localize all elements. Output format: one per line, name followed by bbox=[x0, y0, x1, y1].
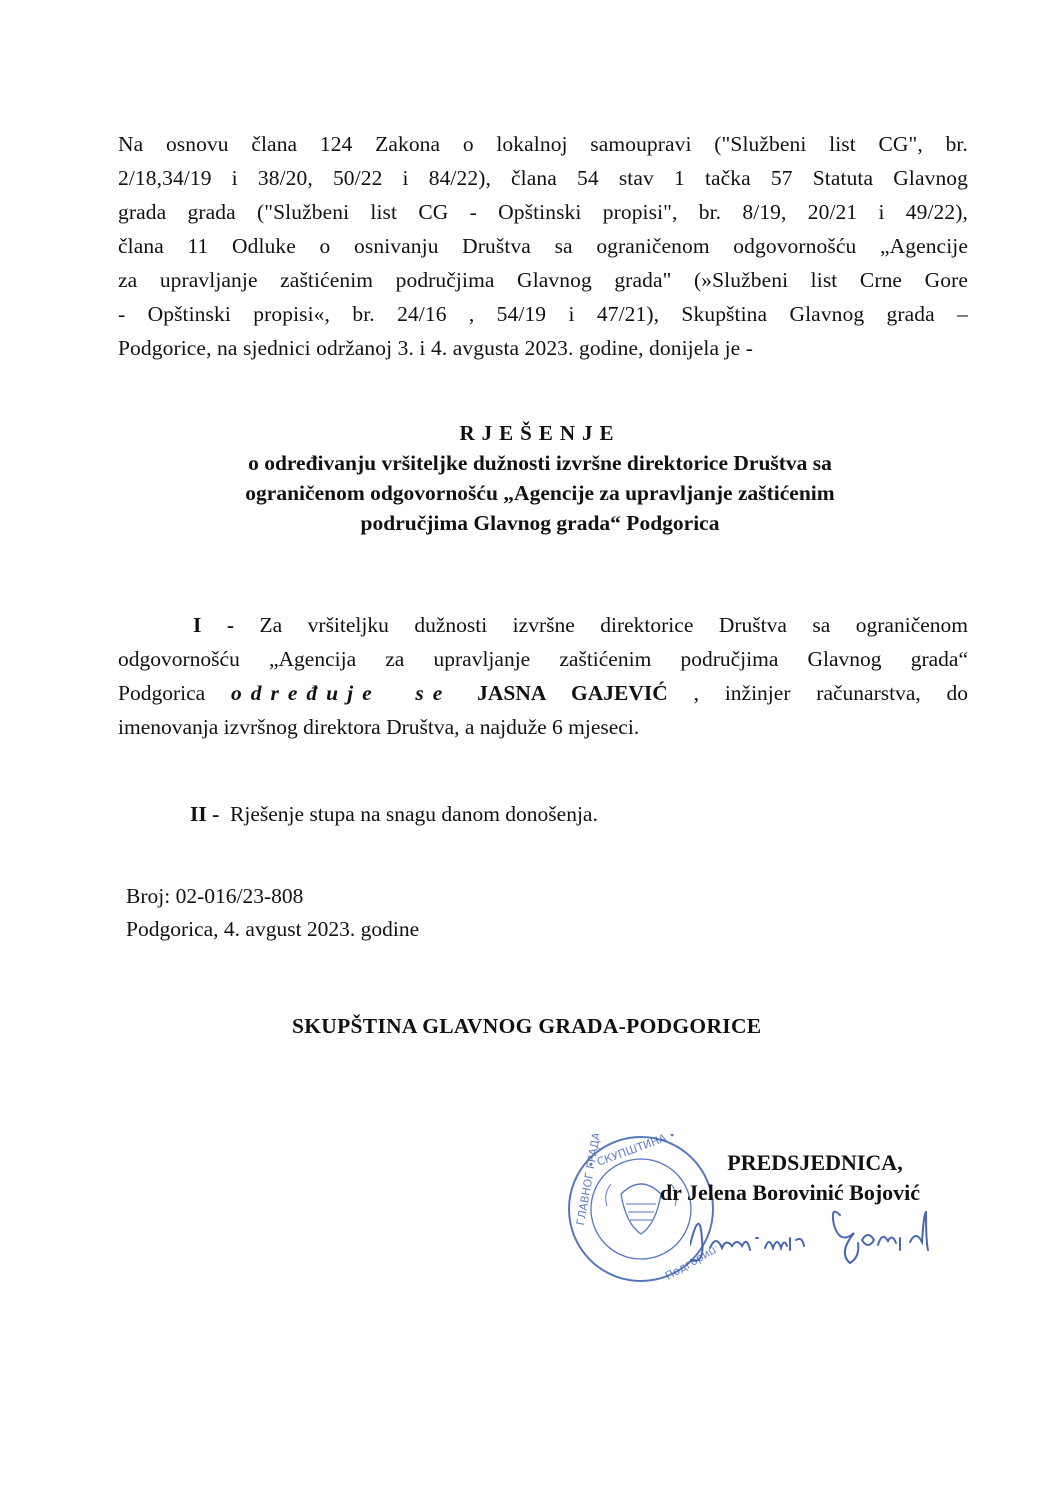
document-page: Na osnovu člana 124 Zakona o lokalnoj sa… bbox=[0, 0, 1058, 1497]
decision-item-1: I - Za vršiteljku dužnosti izvršne direk… bbox=[118, 608, 968, 744]
reference-block: Broj: 02-016/23-808 Podgorica, 4. avgust… bbox=[126, 880, 419, 946]
signatory-block: PREDSJEDNICA, dr Jelena Borovinić Bojovi… bbox=[640, 1148, 940, 1208]
place-date: Podgorica, 4. avgust 2023. godine bbox=[126, 913, 419, 946]
item-1-line: imenovanja izvršnog direktora Društva, a… bbox=[118, 710, 968, 744]
item-1-emphasis: određuje se bbox=[231, 681, 451, 705]
decision-item-2: II - Rješenje stupa na snagu danom donoš… bbox=[190, 797, 598, 831]
item-1-line: Podgorica određuje se JASNA GAJEVIĆ , in… bbox=[118, 676, 968, 710]
preamble-line: za upravljanje zaštićenim područjima Gla… bbox=[118, 263, 968, 297]
svg-text:ГЛАВНОГ ГРАДА: ГЛАВНОГ ГРАДА bbox=[574, 1134, 603, 1226]
appointee-name: JASNA GAJEVIĆ bbox=[477, 681, 668, 705]
preamble-line: 2/18,34/19 i 38/20, 50/22 i 84/22), član… bbox=[118, 161, 968, 195]
item-2-numeral: II - bbox=[190, 802, 219, 826]
preamble-paragraph: Na osnovu člana 124 Zakona o lokalnoj sa… bbox=[118, 127, 968, 365]
item-1-line: I - Za vršiteljku dužnosti izvršne direk… bbox=[118, 608, 968, 642]
preamble-line: Podgorice, na sjednici održanoj 3. i 4. … bbox=[118, 331, 968, 365]
preamble-line: - Opštinski propisi«, br. 24/16 , 54/19 … bbox=[118, 297, 968, 331]
decision-title: RJEŠENJE bbox=[150, 418, 930, 448]
issuer-name: SKUPŠTINA GLAVNOG GRADA-PODGORICE bbox=[292, 1014, 761, 1039]
preamble-line: člana 11 Odluke o osnivanju Društva sa o… bbox=[118, 229, 968, 263]
preamble-line: Na osnovu člana 124 Zakona o lokalnoj sa… bbox=[118, 127, 968, 161]
decision-title-block: RJEŠENJE o određivanju vršiteljke dužnos… bbox=[150, 418, 930, 538]
item-1-text: Za vršiteljku dužnosti izvršne direktori… bbox=[260, 613, 969, 637]
signatory-role: PREDSJEDNICA, bbox=[690, 1148, 940, 1178]
reference-number: Broj: 02-016/23-808 bbox=[126, 880, 419, 913]
item-2-text: Rješenje stupa na snagu danom donošenja. bbox=[230, 802, 598, 826]
item-1-numeral: I - bbox=[193, 613, 234, 637]
decision-subtitle-line: ograničenom odgovornošću „Agencije za up… bbox=[150, 478, 930, 508]
decision-subtitle-line: o određivanju vršiteljke dužnosti izvršn… bbox=[150, 448, 930, 478]
item-1-suffix: , inžinjer računarstva, do bbox=[694, 681, 968, 705]
item-1-line: odgovornošću „Agencija za upravljanje za… bbox=[118, 642, 968, 676]
handwritten-signature-icon bbox=[690, 1200, 950, 1270]
item-1-prefix: Podgorica bbox=[118, 681, 205, 705]
preamble-line: grada grada ("Službeni list CG - Opštins… bbox=[118, 195, 968, 229]
decision-subtitle-line: područjima Glavnog grada“ Podgorica bbox=[150, 508, 930, 538]
